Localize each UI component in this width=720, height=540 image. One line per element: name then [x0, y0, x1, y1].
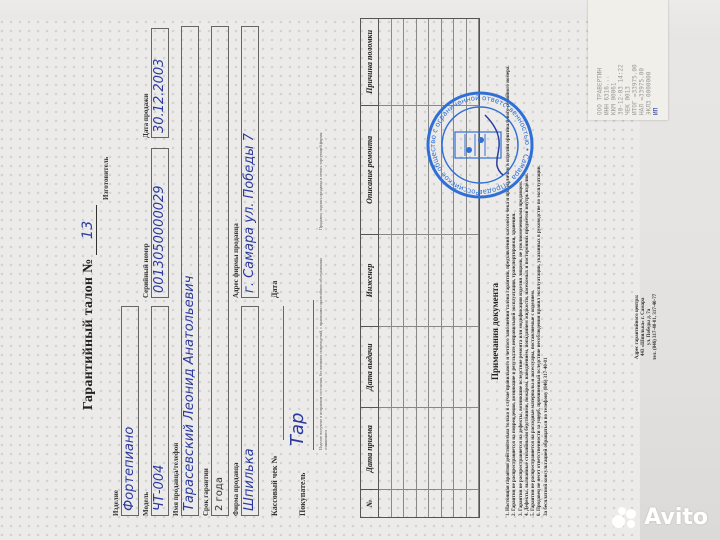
firm-label: Фирма продавца [232, 463, 240, 516]
cash-receipt: ООО ТРАВЕРТИНИНН 6316...ККМ 0006130-12-0… [588, 0, 668, 120]
receipt-text: ООО ТРАВЕРТИНИНН 6316...ККМ 0006130-12-0… [597, 5, 660, 115]
receipt-line: 30-12-03 14:22 [618, 5, 625, 115]
table-cell [379, 19, 391, 105]
model-field: ЧТ-004 [151, 306, 169, 516]
service-center-contact: Адрес гарантийного центра:443 «Шпилька» … [635, 294, 659, 360]
product-field: Фортепиано [121, 306, 139, 516]
firm-address-label: Адрес фирмы продавца [232, 223, 240, 298]
table-cell [379, 489, 391, 517]
repair-table-header: № Дата приема Дата выдачи Инженер Описан… [361, 19, 379, 517]
sale-date-field: 30.12.2003 [151, 28, 169, 138]
table-cell [392, 326, 404, 408]
table-row [379, 19, 392, 517]
document-title: Гарантийный талон № 13 [80, 205, 97, 410]
table-cell [392, 407, 404, 489]
maker-label: Изготовитель [102, 157, 110, 200]
title-text: Гарантийный талон № [81, 259, 96, 410]
receipt-line: НАЛ =33975.00 [639, 5, 646, 115]
table-cell [392, 489, 404, 517]
table-cell [379, 234, 391, 326]
col-issue-date: Дата выдачи [361, 326, 378, 408]
receipt-line: ЭКЛЗ 0000000 [646, 5, 653, 115]
table-cell [417, 234, 429, 326]
col-engineer: Инженер [361, 234, 378, 326]
table-cell [417, 326, 429, 408]
warranty-card: Гарантийный талон № 13 Изготовитель Изде… [50, 10, 670, 530]
table-cell [454, 326, 466, 408]
col-repair-description: Описание ремонта [361, 105, 378, 234]
warranty-term-label: Срок гарантии [202, 468, 210, 516]
table-cell [442, 326, 454, 408]
receipt-line: ЧЕК 0013 [625, 5, 632, 115]
contact-line: тел. (846) 317-40-01, 317-40-77 [653, 294, 659, 360]
table-cell [392, 234, 404, 326]
serial-field: 0013050000029 [151, 148, 169, 298]
table-cell [467, 234, 479, 326]
buyer-signature: Тар [290, 300, 314, 450]
table-cell [429, 234, 441, 326]
buyer-note: Изделие получено в исправном состоянии, … [318, 250, 328, 450]
col-number: № [361, 489, 378, 517]
table-cell [379, 105, 391, 234]
col-failure-reason: Причина поломки [361, 19, 378, 105]
table-cell [454, 489, 466, 517]
avito-brand-text: Avito [644, 505, 708, 530]
table-cell [467, 407, 479, 489]
table-cell [429, 489, 441, 517]
table-cell [442, 489, 454, 517]
table-cell [404, 326, 416, 408]
table-cell [429, 407, 441, 489]
receipt-line: ИНН 6316... [604, 5, 611, 115]
receipt-number-field [266, 306, 284, 440]
col-receive-date: Дата приема [361, 407, 378, 489]
receipt-line: ККМ 00061 [611, 5, 618, 115]
table-cell [454, 407, 466, 489]
avito-watermark: Avito [612, 505, 708, 530]
avito-logo-icon [612, 507, 640, 529]
table-cell [442, 234, 454, 326]
seller-note: Продавец: подпись продавца и печать торг… [318, 30, 323, 230]
table-cell [404, 489, 416, 517]
table-cell [454, 234, 466, 326]
rule-item: За бесплатной консультацией обращаться п… [544, 26, 550, 516]
table-row [392, 19, 405, 517]
warranty-number: 13 [80, 205, 97, 255]
firm-address-field: г. Самара ул. Победы 7 [241, 26, 259, 298]
seller-label: Имя продавца/телефон [172, 443, 180, 516]
table-cell [429, 326, 441, 408]
table-cell [392, 105, 404, 234]
table-cell [379, 326, 391, 408]
receipt-line: ООО ТРАВЕРТИН [597, 5, 604, 115]
company-stamp: Российское общество с ограниченной ответ… [425, 90, 535, 200]
table-cell [442, 407, 454, 489]
table-cell [467, 326, 479, 408]
warranty-term-field: 2 года [211, 26, 229, 516]
serial-label: Серийный номер [142, 243, 150, 298]
seller-field: Тарасевский Леонид Анатольевич [181, 26, 199, 516]
table-cell [404, 105, 416, 234]
firm-field: Шпилька [241, 306, 259, 516]
table-cell [392, 19, 404, 105]
rules-title: Примечания документа [490, 283, 500, 380]
table-cell [417, 489, 429, 517]
table-cell [404, 407, 416, 489]
date-label: Дата [270, 281, 279, 298]
table-cell [404, 19, 416, 105]
receipt-marking: ИП [653, 5, 660, 115]
product-label: Изделие [112, 490, 120, 516]
table-row [404, 19, 417, 517]
receipt-number-label: Кассовый чек № [270, 456, 279, 516]
sale-date-label: Дата продажи [142, 94, 150, 138]
receipt-line: ИТОГ =33975.00 [632, 5, 639, 115]
table-cell [417, 407, 429, 489]
model-label: Модель [142, 492, 150, 516]
buyer-label: Покупатель [298, 473, 307, 516]
table-cell [379, 407, 391, 489]
table-cell [404, 234, 416, 326]
table-cell [467, 489, 479, 517]
